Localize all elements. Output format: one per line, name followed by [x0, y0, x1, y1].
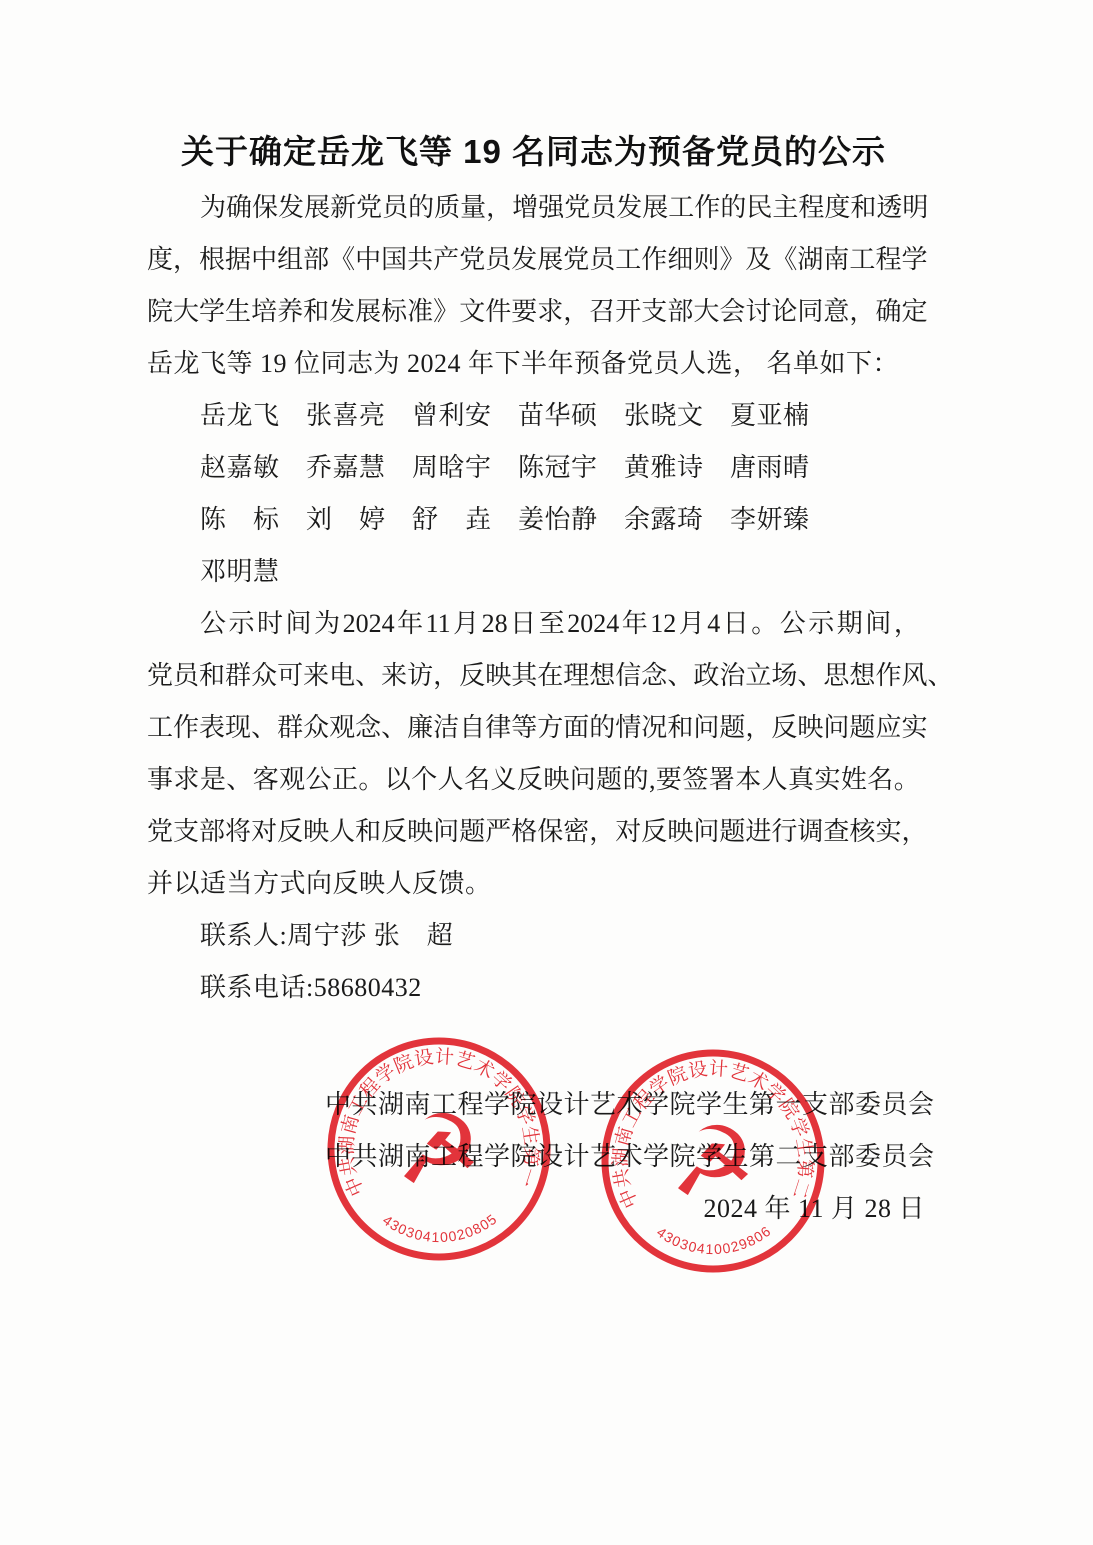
notice-title: 关于确定岳龙飞等 19 名同志为预备党员的公示 — [147, 126, 920, 178]
body-line: 事求是、客观公正。以个人名义反映问题的,要签署本人真实姓名。 — [147, 754, 920, 806]
body-line: 陈 标 刘 婷 舒 垚 姜怡静 余露琦 李妍臻 — [147, 494, 920, 546]
body-line: 院大学生培养和发展标准》文件要求，召开支部大会讨论同意，确定 — [147, 286, 920, 338]
body-line: 党支部将对反映人和反映问题严格保密，对反映问题进行调查核实， — [147, 806, 920, 858]
body-line: 联系电话:58680432 — [147, 962, 920, 1014]
svg-text:43030410029806: 43030410029806 — [654, 1222, 774, 1257]
document-page: 关于确定岳龙飞等 19 名同志为预备党员的公示 为确保发展新党员的质量，增强党员… — [0, 0, 1093, 1545]
body-line: 工作表现、群众观念、廉洁自律等方面的情况和问题，反映问题应实 — [147, 702, 920, 754]
body-line: 赵嘉敏 乔嘉慧 周晗宇 陈冠宇 黄雅诗 唐雨晴 — [147, 442, 920, 494]
body-line: 联系人:周宁莎 张 超 — [147, 910, 920, 962]
seal-code: 43030410020805 — [380, 1210, 500, 1245]
seal-second-branch: 中共湖南工程学院设计艺术学院学生第二支部委员会 43030410029806 ☭ — [601, 1049, 825, 1273]
seal-first-branch: 中共湖南工程学院设计艺术学院学生第一支部委员会 43030410020805 ☭ — [327, 1037, 551, 1261]
body-line: 公示时间为2024年11月28日至2024年12月4日。公示期间， — [147, 598, 920, 650]
body-text: 为确保发展新党员的质量，增强党员发展工作的民主程度和透明度，根据中组部《中国共产… — [147, 182, 920, 1014]
hammer-sickle-icon: ☭ — [396, 1097, 482, 1204]
seal-code: 43030410029806 — [654, 1222, 774, 1257]
body-line: 邓明慧 — [147, 546, 920, 598]
body-line: 岳龙飞 张喜亮 曾利安 苗华硕 张晓文 夏亚楠 — [147, 390, 920, 442]
body-line: 度，根据中组部《中国共产党员发展党员工作细则》及《湖南工程学 — [147, 234, 920, 286]
body-line: 岳龙飞等 19 位同志为 2024 年下半年预备党员人选， 名单如下： — [147, 338, 920, 390]
hammer-sickle-icon: ☭ — [670, 1109, 756, 1216]
body-line: 党员和群众可来电、来访，反映其在理想信念、政治立场、思想作风、 — [147, 650, 920, 702]
body-line: 为确保发展新党员的质量，增强党员发展工作的民主程度和透明 — [147, 182, 920, 234]
body-line: 并以适当方式向反映人反馈。 — [147, 858, 920, 910]
svg-text:43030410020805: 43030410020805 — [380, 1210, 500, 1245]
